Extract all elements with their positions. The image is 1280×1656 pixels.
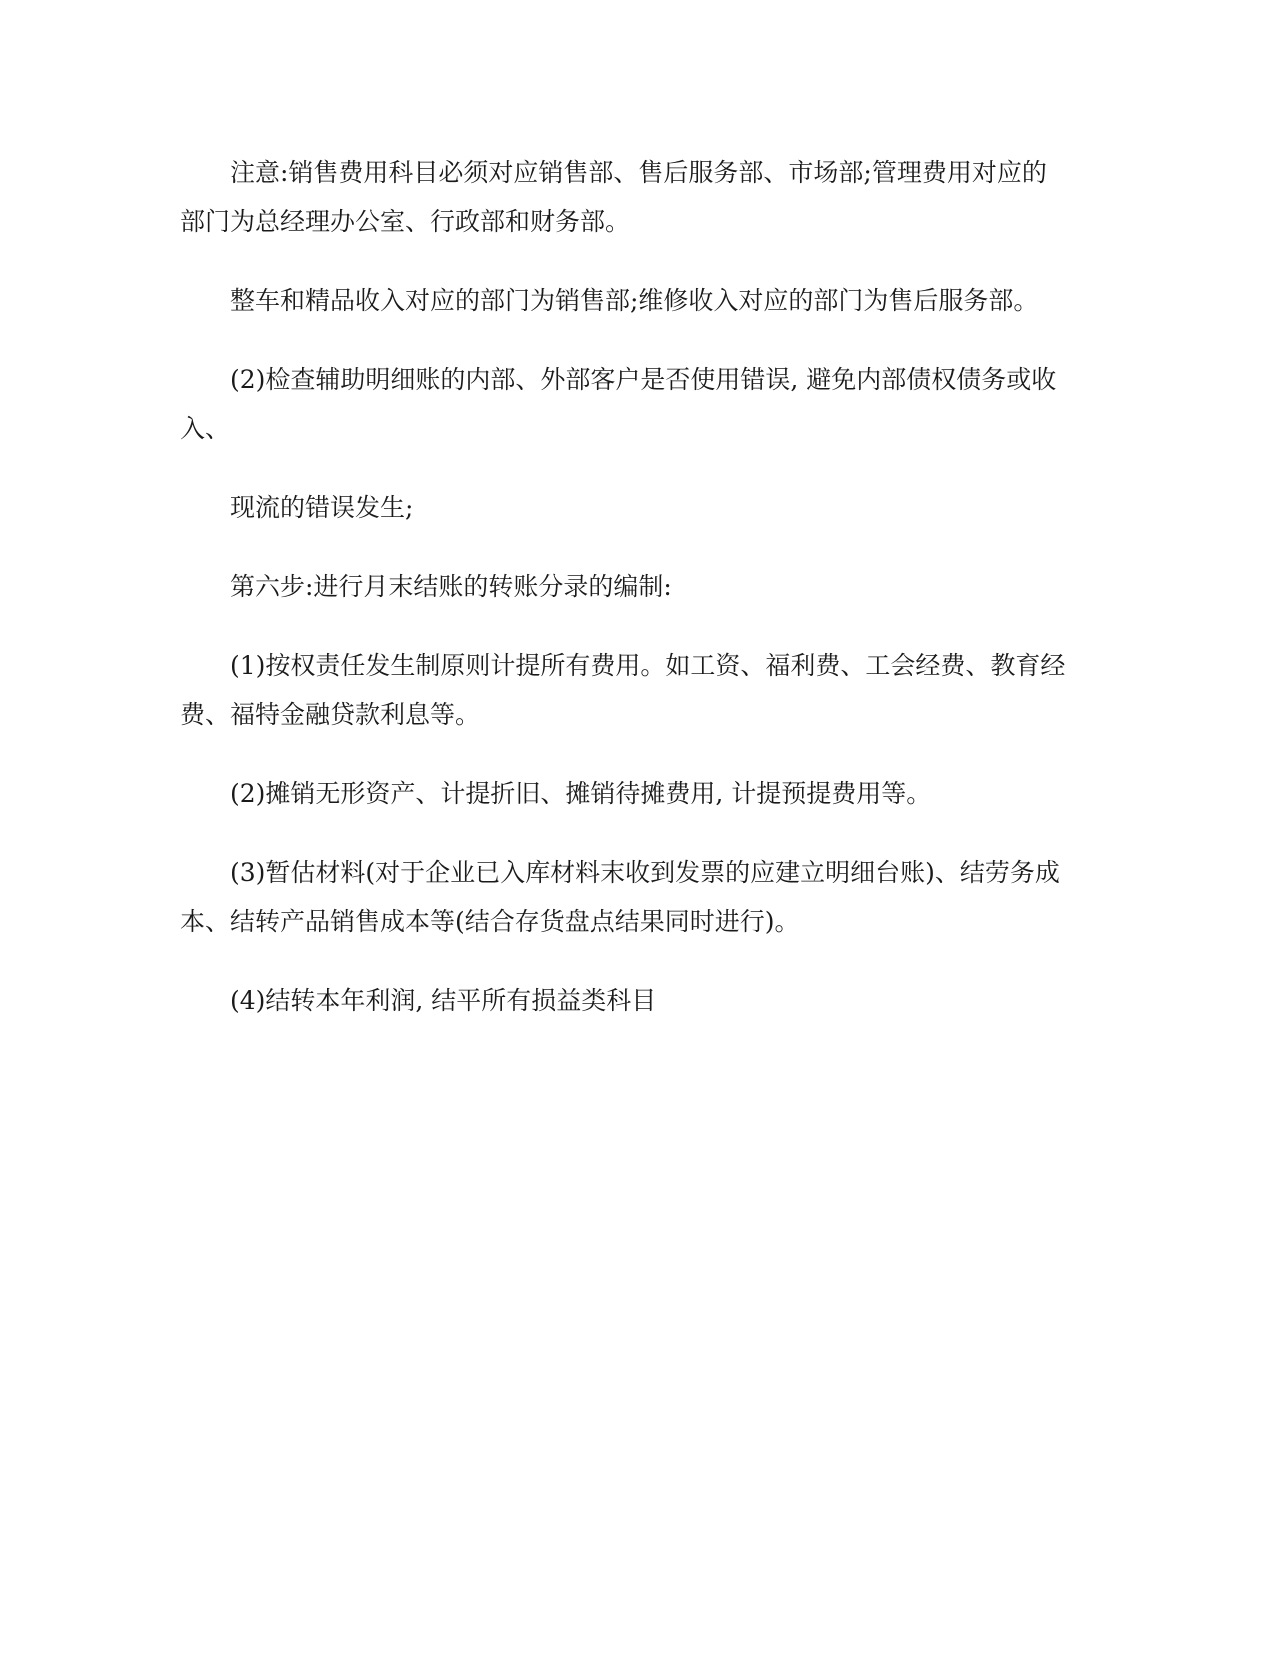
document-page: 注意:销售费用科目必须对应销售部、售后服务部、市场部;管理费用对应的 部门为总经… [0, 0, 1280, 1656]
text-line: 第六步:进行月末结账的转账分录的编制: [180, 562, 1055, 611]
text-line: (4)结转本年利润, 结平所有损益类科目 [180, 976, 1055, 1025]
paragraph: 整车和精品收入对应的部门为销售部;维修收入对应的部门为售后服务部。 [180, 276, 1055, 325]
text-line: 费、福特金融贷款利息等。 [180, 690, 1055, 739]
paragraph: (2)检查辅助明细账的内部、外部客户是否使用错误, 避免内部债权债务或收 入、 [180, 355, 1055, 453]
text-line: 本、结转产品销售成本等(结合存货盘点结果同时进行)。 [180, 897, 1055, 946]
paragraph: (1)按权责任发生制原则计提所有费用。如工资、福利费、工会经费、教育经 费、福特… [180, 641, 1055, 739]
text-line: 部门为总经理办公室、行政部和财务部。 [180, 197, 1055, 246]
text-line: (2)检查辅助明细账的内部、外部客户是否使用错误, 避免内部债权债务或收 [180, 355, 1055, 404]
paragraph: 第六步:进行月末结账的转账分录的编制: [180, 562, 1055, 611]
paragraph: (3)暂估材料(对于企业已入库材料末收到发票的应建立明细台账)、结劳务成 本、结… [180, 848, 1055, 946]
paragraph: (4)结转本年利润, 结平所有损益类科目 [180, 976, 1055, 1025]
text-line: 现流的错误发生; [180, 483, 1055, 532]
text-line: (2)摊销无形资产、计提折旧、摊销待摊费用, 计提预提费用等。 [180, 769, 1055, 818]
text-line: 注意:销售费用科目必须对应销售部、售后服务部、市场部;管理费用对应的 [180, 148, 1055, 197]
text-line: 整车和精品收入对应的部门为销售部;维修收入对应的部门为售后服务部。 [180, 276, 1055, 325]
text-line: (3)暂估材料(对于企业已入库材料末收到发票的应建立明细台账)、结劳务成 [180, 848, 1055, 897]
paragraph: (2)摊销无形资产、计提折旧、摊销待摊费用, 计提预提费用等。 [180, 769, 1055, 818]
paragraph: 注意:销售费用科目必须对应销售部、售后服务部、市场部;管理费用对应的 部门为总经… [180, 148, 1055, 246]
paragraph: 现流的错误发生; [180, 483, 1055, 532]
text-line: (1)按权责任发生制原则计提所有费用。如工资、福利费、工会经费、教育经 [180, 641, 1055, 690]
text-line: 入、 [180, 404, 1055, 453]
